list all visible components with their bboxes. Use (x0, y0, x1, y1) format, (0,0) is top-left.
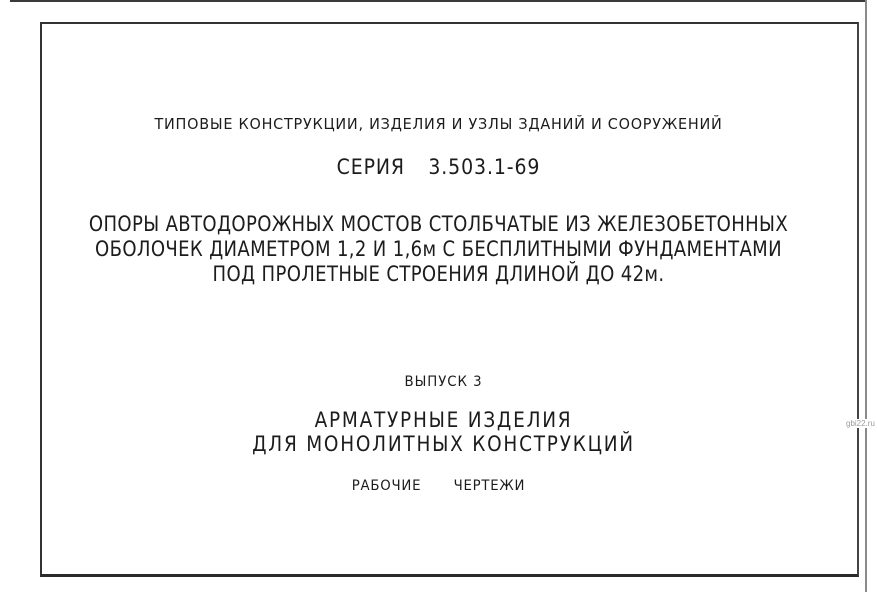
document-type: РАБОЧИЕЧЕРТЕЖИ (22, 478, 855, 494)
title-line-3: ПОД ПРОЛЕТНЫЕ СТРОЕНИЯ ДЛИНОЙ ДО 42м. (61, 262, 815, 286)
catalog-header: ТИПОВЫЕ КОНСТРУКЦИИ, ИЗДЕЛИЯ И УЗЛЫ ЗДАН… (31, 115, 847, 133)
series-label: СЕРИЯ (337, 155, 405, 179)
subtitle-line-2: ДЛЯ МОНОЛИТНЫХ КОНСТРУКЦИЙ (58, 432, 830, 456)
title-line-1: ОПОРЫ АВТОДОРОЖНЫХ МОСТОВ СТОЛБЧАТЫЕ ИЗ … (61, 212, 815, 236)
series-line: СЕРИЯ3.503.1-69 (44, 155, 833, 179)
sheet-edge-right (865, 0, 867, 592)
issue-number: ВЫПУСК 3 (27, 374, 860, 390)
document-type-word-2: ЧЕРТЕЖИ (454, 478, 526, 494)
subtitle-line-1: АРМАТУРНЫЕ ИЗДЕЛИЯ (58, 408, 830, 432)
watermark: gbi22.ru (845, 419, 876, 428)
document-type-word-1: РАБОЧИЕ (352, 478, 422, 494)
series-number: 3.503.1-69 (428, 155, 540, 179)
title-line-2: ОБОЛОЧЕК ДИАМЕТРОМ 1,2 И 1,6м С БЕСПЛИТН… (61, 237, 815, 261)
sheet-edge-top (10, 0, 866, 2)
